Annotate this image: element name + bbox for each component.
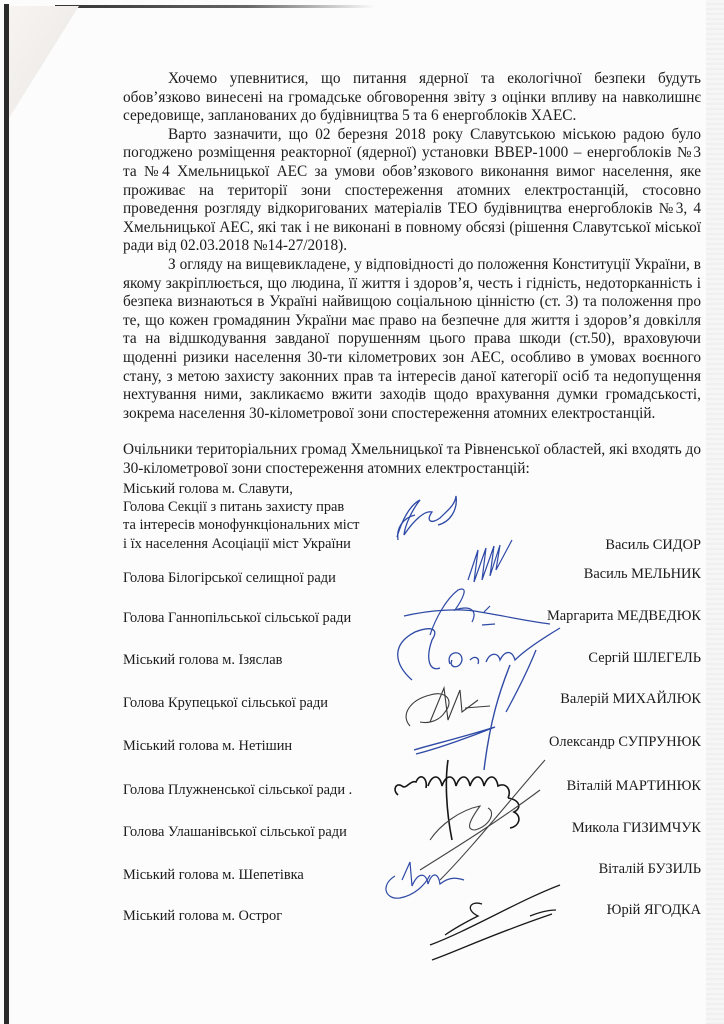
signatory-row: Голова Ганнопільської сільської ради Мар… [123, 609, 701, 627]
signatories-intro: Очільники територіальних громад Хмельниц… [123, 441, 701, 478]
signatory-row: Міський голова м. Шепетівка Віталій БУЗИ… [123, 866, 701, 884]
scan-edge-top [55, 5, 375, 8]
signatory-name: Микола ГИЗИМЧУК [572, 819, 701, 837]
signatory-row: Міський голова м. Ізяслав Сергій ШЛЕГЕЛЬ [123, 651, 701, 669]
signatory-title: Міський голова м. Ізяслав [123, 651, 403, 669]
signatory-title: Міський голова м. Нетішин [123, 737, 403, 755]
signatory-title: Голова Крупецької сільської ради [123, 694, 403, 712]
scanned-page: Хочемо упевнитися, що питання ядерної та… [0, 0, 724, 1024]
signatory-title: Голова Білогірської селищної ради [123, 569, 403, 587]
signatory-row: Міський голова м. Нетішин Олександр СУПР… [123, 737, 701, 755]
scan-edge-left [4, 4, 9, 1024]
signatory-row: Голова Улашанівської сільської ради Мико… [123, 823, 701, 841]
signatory-title: Міський голова м. Острог [123, 907, 403, 925]
signatory-name: Віталій БУЗИЛЬ [599, 860, 701, 878]
scan-edge-right [706, 0, 724, 1024]
signatory-title: Голова Плужненської сільської ради . [123, 781, 403, 799]
signatory-title: Голова Ганнопільської сільської ради [123, 609, 403, 627]
signature-hyzymchuk-icon [420, 760, 545, 880]
signatory-name: Василь МЕЛЬНИК [584, 565, 701, 583]
paragraph-2: Варто зазначити, що 02 березня 2018 року… [123, 126, 701, 256]
signatory-row: Голова Плужненської сільської ради . Віт… [123, 781, 701, 799]
signatory-name: Олександр СУПРУНЮК [549, 733, 701, 751]
signatory-name: Маргарита МЕДВЕДЮК [547, 607, 701, 625]
signatory-row: Голова Білогірської селищної ради Василь… [123, 569, 701, 587]
signatory-title: Міський голова м. Славути, Голова Секції… [123, 480, 403, 553]
signatory-name: Валерій МИХАЙЛЮК [560, 690, 701, 708]
signatory-row: Міський голова м. Славути, Голова Секції… [123, 480, 701, 552]
signatory-name: Віталій МАРТИНЮК [567, 777, 701, 795]
signatory-row: Голова Крупецької сільської ради Валерій… [123, 694, 701, 712]
signatory-title: Міський голова м. Шепетівка [123, 866, 403, 884]
signatory-name: Сергій ШЛЕГЕЛЬ [588, 649, 701, 667]
signatory-name: Юрій ЯГОДКА [607, 901, 701, 919]
signatory-title: Голова Улашанівської сільської ради [123, 823, 403, 841]
letter-body: Хочемо упевнитися, що питання ядерної та… [123, 70, 701, 478]
paragraph-3: З огляду на вищевикладене, у відповіднос… [123, 256, 701, 423]
paragraph-1: Хочемо упевнитися, що питання ядерної та… [123, 70, 701, 126]
folded-corner [9, 6, 79, 118]
signatory-name: Василь СИДОР [605, 536, 701, 554]
signatory-row: Міський голова м. Острог Юрій ЯГОДКА [123, 907, 701, 925]
